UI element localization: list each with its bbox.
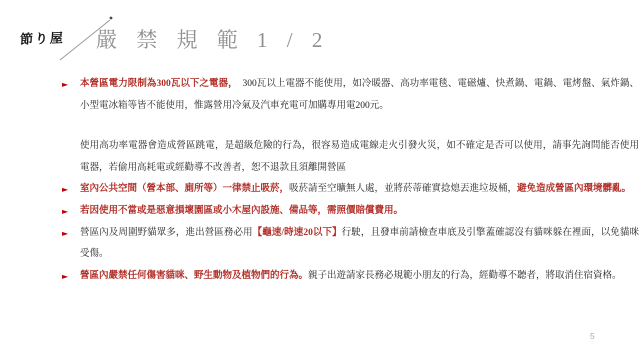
rule-item: ►若因使用不當或是惡意損壞園區或小木屋內設施、備品等，需照價賠償費用。 bbox=[62, 201, 639, 223]
slide: 節り屋 嚴 禁 規 範 1 / 2 ►本營區電力限制為300瓦以下之電器， 30… bbox=[0, 0, 640, 360]
logo-text: 節り屋 bbox=[20, 27, 66, 48]
page-number: 5 bbox=[590, 331, 595, 341]
arrow-marker-icon: ► bbox=[62, 266, 68, 288]
rule-text-segment: 營區內及周圍野貓眾多，進出營區務必用 bbox=[80, 228, 253, 238]
rules-list: ►本營區電力限制為300瓦以下之電器， 300瓦以上電器不能使用，如冷暖器、高功… bbox=[62, 74, 639, 287]
arrow-marker-icon: ► bbox=[62, 179, 68, 201]
rule-text-segment: 室內公共空間（營本部、廁所等）一律禁止吸菸， bbox=[80, 184, 289, 194]
page-title: 嚴 禁 規 範 1 / 2 bbox=[96, 24, 329, 54]
arrow-marker-icon: ► bbox=[62, 74, 68, 96]
rule-text-segment: 若因使用不當或是惡意損壞園區或小木屋內設施、備品等，需照價賠償費用。 bbox=[80, 206, 403, 216]
rule-text: 營區內嚴禁任何傷害貓咪、野生動物及植物們的行為。親子出遊請家長務必規範小朋友的行… bbox=[80, 271, 622, 281]
arrow-marker-icon: ► bbox=[62, 201, 68, 223]
rule-text-segment: 親子出遊請家長務必規範小朋友的行為，經勸導不聽者，將取消住宿資格。 bbox=[308, 271, 622, 281]
rule-text: 若因使用不當或是惡意損壞園區或小木屋內設施、備品等，需照價賠償費用。 bbox=[80, 206, 403, 216]
rule-text: 營區內及周圍野貓眾多，進出營區務必用【龜速/時速20以下】行駛，且發車前請檢查車… bbox=[80, 228, 639, 260]
rule-item: ►室內公共空間（營本部、廁所等）一律禁止吸菸，吸菸請至空曠無人處，並將菸蒂確實捻… bbox=[62, 179, 639, 201]
rule-text-segment: 使用高功率電器會造成營區跳電，是超級危險的行為，很容易造成電線走火引發火災，如不… bbox=[80, 141, 639, 173]
rule-item: ►營區內及周圍野貓眾多，進出營區務必用【龜速/時速20以下】行駛，且發車前請檢查… bbox=[62, 223, 639, 266]
rule-item: ►本營區電力限制為300瓦以下之電器， 300瓦以上電器不能使用，如冷暖器、高功… bbox=[62, 74, 639, 117]
rule-text-segment: 【龜速/時速20以下】 bbox=[253, 228, 342, 238]
rule-text: 使用高功率電器會造成營區跳電，是超級危險的行為，很容易造成電線走火引發火災，如不… bbox=[80, 141, 639, 173]
rule-text-segment: 本營區電力限制為300瓦以下之電器， bbox=[80, 79, 233, 89]
rule-paragraph: 使用高功率電器會造成營區跳電，是超級危險的行為，很容易造成電線走火引發火災，如不… bbox=[62, 136, 639, 179]
rule-text-segment: 吸菸請至空曠無人處，並將菸蒂確實捻熄丟進垃圾桶， bbox=[289, 184, 517, 194]
rule-text: 室內公共空間（營本部、廁所等）一律禁止吸菸，吸菸請至空曠無人處，並將菸蒂確實捻熄… bbox=[80, 184, 631, 194]
rule-text-segment: 營區內嚴禁任何傷害貓咪、野生動物及植物們的行為。 bbox=[80, 271, 308, 281]
arrow-marker-icon: ► bbox=[62, 223, 68, 245]
rule-text-segment: 避免造成營區內環境髒亂。 bbox=[517, 184, 631, 194]
rule-item: ►營區內嚴禁任何傷害貓咪、野生動物及植物們的行為。親子出遊請家長務必規範小朋友的… bbox=[62, 266, 639, 288]
rule-text: 本營區電力限制為300瓦以下之電器， 300瓦以上電器不能使用，如冷暖器、高功率… bbox=[80, 79, 639, 111]
